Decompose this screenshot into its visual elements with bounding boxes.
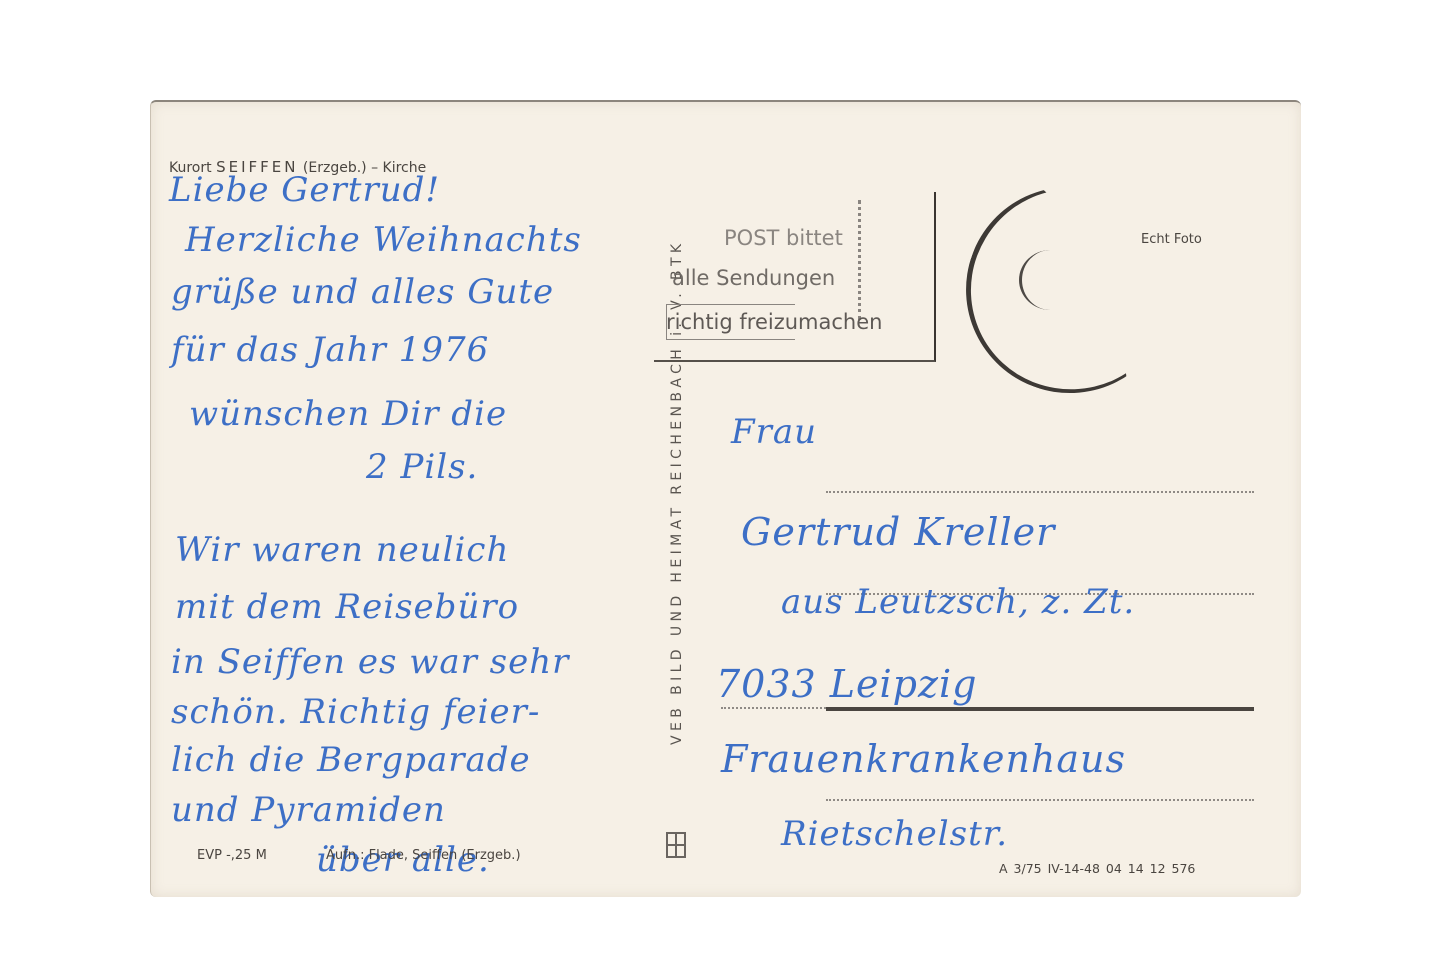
address-street: Rietschelstr. (781, 814, 1008, 854)
address-line-1 (826, 491, 1254, 493)
address-detail: aus Leutzsch, z. Zt. (781, 582, 1135, 622)
address-line-3-dotted (721, 707, 826, 709)
message-line: lich die Bergparade (171, 740, 531, 780)
postmark-line-3: richtig freizumachen (666, 310, 882, 334)
message-line: in Seiffen es war sehr (171, 642, 569, 682)
circular-postmark-inner (1019, 250, 1082, 310)
message-line: mit dem Reisebüro (175, 587, 519, 627)
postmark-line-1: POST bittet (724, 226, 843, 250)
print-codes: A 3/75 IV-14-48 04 14 12 576 (999, 861, 1195, 876)
message-line: schön. Richtig feier- (171, 692, 540, 732)
postcard-back: Kurort SEIFFEN (Erzgeb.) – Kirche Echt F… (150, 100, 1301, 897)
publisher-logo-icon (666, 832, 686, 858)
message-line: Wir waren neulich (175, 530, 509, 570)
message-line: Herzliche Weihnachts (185, 220, 582, 260)
stamp-wave-lines (858, 200, 901, 320)
message-line: und Pyramiden (171, 790, 446, 830)
message-line: für das Jahr 1976 (171, 330, 489, 370)
postmark-line-2: alle Sendungen (672, 266, 835, 290)
message-line: grüße und alles Gute (171, 272, 554, 312)
message-line: Liebe Gertrud! (169, 170, 440, 210)
slogan-postmark: POST bittet alle Sendungen richtig freiz… (654, 192, 936, 362)
address-salutation: Frau (731, 412, 817, 452)
message-line: wünschen Dir die (189, 394, 507, 434)
address-line-4 (826, 799, 1254, 801)
address-institution: Frauenkrankenhaus (721, 737, 1126, 781)
message-line: 2 Pils. (366, 447, 478, 487)
address-recipient-name: Gertrud Kreller (741, 510, 1055, 554)
price-label: EVP -,25 M (197, 848, 267, 863)
address-city: 7033 Leipzig (716, 662, 978, 706)
address-line-3-solid (826, 707, 1254, 711)
photographer-credit: Aufn.: Flade, Seiffen (Erzgeb.) (326, 848, 521, 863)
